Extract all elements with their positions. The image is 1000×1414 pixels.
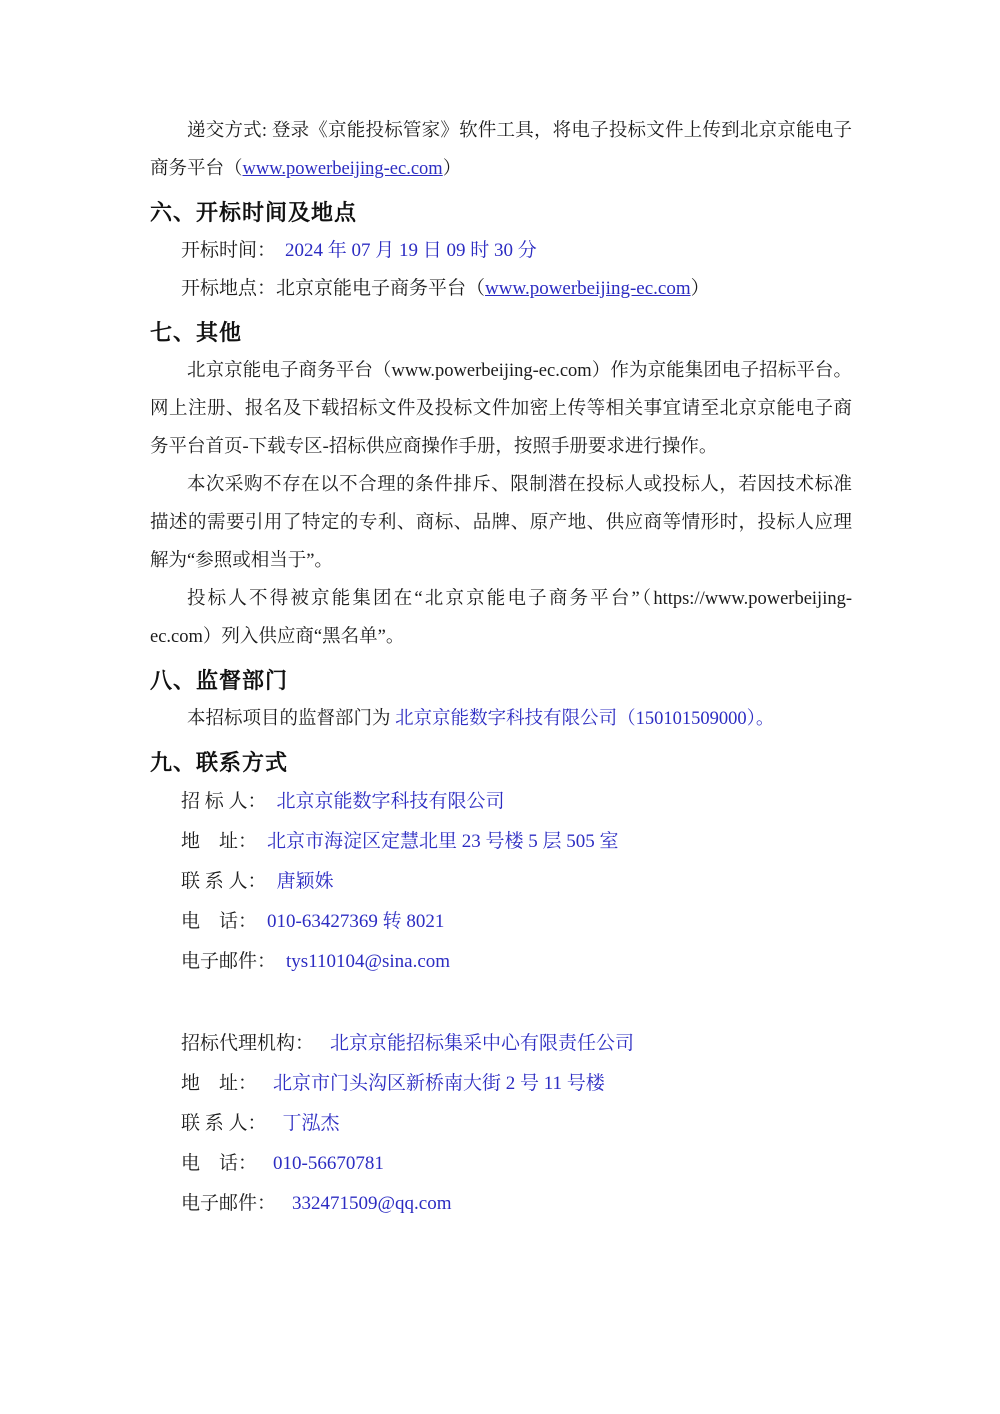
bid-opening-time-value: 2024 年 07 月 19 日 09 时 30 分 xyxy=(285,240,537,261)
agency-label: 招标代理机构： xyxy=(181,1033,314,1054)
agency-phone-row: 电 话：010-56670781 xyxy=(150,1144,852,1184)
bid-opening-place-label: 开标地点：北京京能电子商务平台（ xyxy=(181,278,485,299)
tenderer-address-value: 北京市海淀区定慧北里 23 号楼 5 层 505 室 xyxy=(267,831,619,852)
tenderer-address-row: 地 址：北京市海淀区定慧北里 23 号楼 5 层 505 室 xyxy=(150,822,852,862)
bid-opening-time-row: 开标时间：2024 年 07 月 19 日 09 时 30 分 xyxy=(150,232,852,270)
tenderer-contact-person-row: 联 系 人：唐颖姝 xyxy=(150,862,852,902)
agency-contact-person-row: 联 系 人：丁泓杰 xyxy=(150,1104,852,1144)
agency-email-row: 电子邮件：332471509@qq.com xyxy=(150,1184,852,1224)
tenderer-row: 招 标 人：北京京能数字科技有限公司 xyxy=(150,782,852,822)
section7-heading: 七、其他 xyxy=(150,317,852,349)
agency-contact-block: 招标代理机构：北京京能招标集采中心有限责任公司 地 址：北京市门头沟区新桥南大街… xyxy=(150,1024,852,1224)
agency-email-label: 电子邮件： xyxy=(181,1193,276,1214)
tenderer-label: 招 标 人： xyxy=(181,791,267,812)
agency-email-value: 332471509@qq.com xyxy=(292,1193,451,1214)
tenderer-contact-person-label: 联 系 人： xyxy=(181,871,267,892)
supervision-text: 本招标项目的监督部门为 xyxy=(187,709,395,729)
submission-paragraph: 递交方式: 登录《京能投标管家》软件工具，将电子投标文件上传到北京京能电子商务平… xyxy=(150,112,852,188)
section7-paragraph-1: 北京京能电子商务平台（www.powerbeijing-ec.com）作为京能集… xyxy=(150,352,852,466)
tenderer-email-label: 电子邮件： xyxy=(181,951,276,972)
agency-value: 北京京能招标集采中心有限责任公司 xyxy=(330,1033,634,1054)
section8-heading: 八、监督部门 xyxy=(150,665,852,697)
agency-phone-value: 010-56670781 xyxy=(273,1153,384,1174)
bid-opening-place-link[interactable]: www.powerbeijing-ec.com xyxy=(485,278,691,299)
bid-opening-place-after: ） xyxy=(691,278,710,299)
agency-phone-label: 电 话： xyxy=(181,1153,257,1174)
tenderer-contact-block: 招 标 人：北京京能数字科技有限公司 地 址：北京市海淀区定慧北里 23 号楼 … xyxy=(150,782,852,982)
submission-text-after: ） xyxy=(443,159,462,179)
tenderer-contact-person-value: 唐颖姝 xyxy=(277,871,334,892)
section7-paragraph-3: 投标人不得被京能集团在“北京京能电子商务平台”（https://www.powe… xyxy=(150,580,852,656)
agency-contact-person-label: 联 系 人： xyxy=(181,1113,267,1134)
section7-paragraph-2: 本次采购不存在以不合理的条件排斥、限制潜在投标人或投标人，若因技术标准描述的需要… xyxy=(150,466,852,580)
bid-opening-time-label: 开标时间： xyxy=(181,240,276,261)
tenderer-address-label: 地 址： xyxy=(181,831,257,852)
agency-address-value: 北京市门头沟区新桥南大街 2 号 11 号楼 xyxy=(273,1073,605,1094)
section9-heading: 九、联系方式 xyxy=(150,747,852,779)
tenderer-phone-label: 电 话： xyxy=(181,911,257,932)
tenderer-phone-value: 010-63427369 转 8021 xyxy=(267,911,444,932)
submission-platform-link[interactable]: www.powerbeijing-ec.com xyxy=(243,159,443,179)
document-page: 递交方式: 登录《京能投标管家》软件工具，将电子投标文件上传到北京京能电子商务平… xyxy=(0,0,1000,1414)
tenderer-phone-row: 电 话：010-63427369 转 8021 xyxy=(150,902,852,942)
agency-contact-person-value: 丁泓杰 xyxy=(283,1113,340,1134)
tenderer-email-value: tys110104@sina.com xyxy=(286,951,450,972)
bid-opening-place-row: 开标地点：北京京能电子商务平台（www.powerbeijing-ec.com） xyxy=(150,270,852,308)
supervision-department-value: 北京京能数字科技有限公司（150101509000）。 xyxy=(395,709,774,729)
agency-address-label: 地 址： xyxy=(181,1073,257,1094)
supervision-paragraph: 本招标项目的监督部门为 北京京能数字科技有限公司（150101509000）。 xyxy=(150,700,852,738)
tenderer-value: 北京京能数字科技有限公司 xyxy=(277,791,505,812)
tenderer-email-row: 电子邮件：tys110104@sina.com xyxy=(150,942,852,982)
section6-heading: 六、开标时间及地点 xyxy=(150,197,852,229)
agency-row: 招标代理机构：北京京能招标集采中心有限责任公司 xyxy=(150,1024,852,1064)
agency-address-row: 地 址：北京市门头沟区新桥南大街 2 号 11 号楼 xyxy=(150,1064,852,1104)
